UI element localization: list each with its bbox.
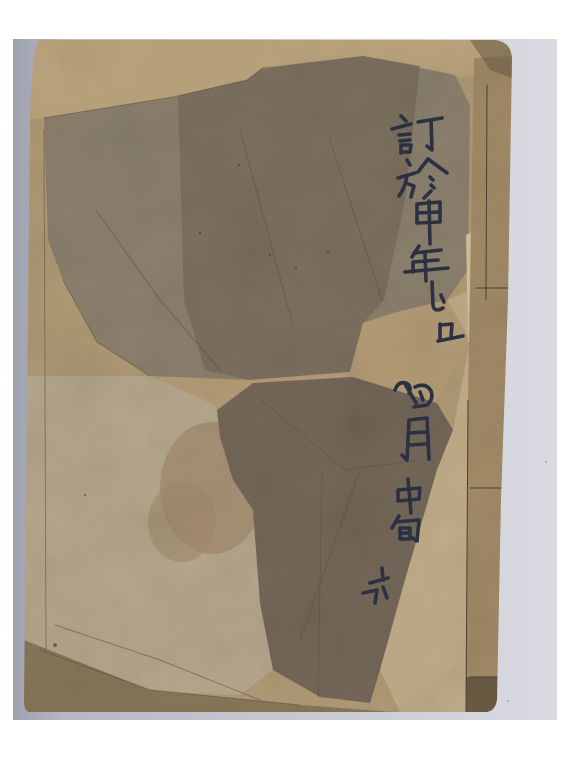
- inscription-char-1: 訂: [400, 115, 432, 153]
- book-cover: [20, 36, 520, 716]
- inscription-char-3: 甲: [413, 205, 445, 243]
- paper-grain-texture: [20, 36, 520, 716]
- cover-illustration: 訂 於 甲 年 乙 丑 四 月 中 旬 立: [0, 0, 570, 760]
- inscription-char-2: 於: [408, 160, 440, 198]
- inscription-char-10: 旬: [389, 513, 421, 551]
- inscription-char-6: 丑: [435, 311, 467, 349]
- inscription-char-11: 立: [361, 570, 393, 608]
- inscription-char-7: 四: [397, 377, 429, 415]
- inscription-char-9: 中: [393, 479, 425, 517]
- inscription-char-8: 月: [401, 425, 433, 463]
- scanned-book-cover: 訂 於 甲 年 乙 丑 四 月 中 旬 立: [0, 0, 570, 760]
